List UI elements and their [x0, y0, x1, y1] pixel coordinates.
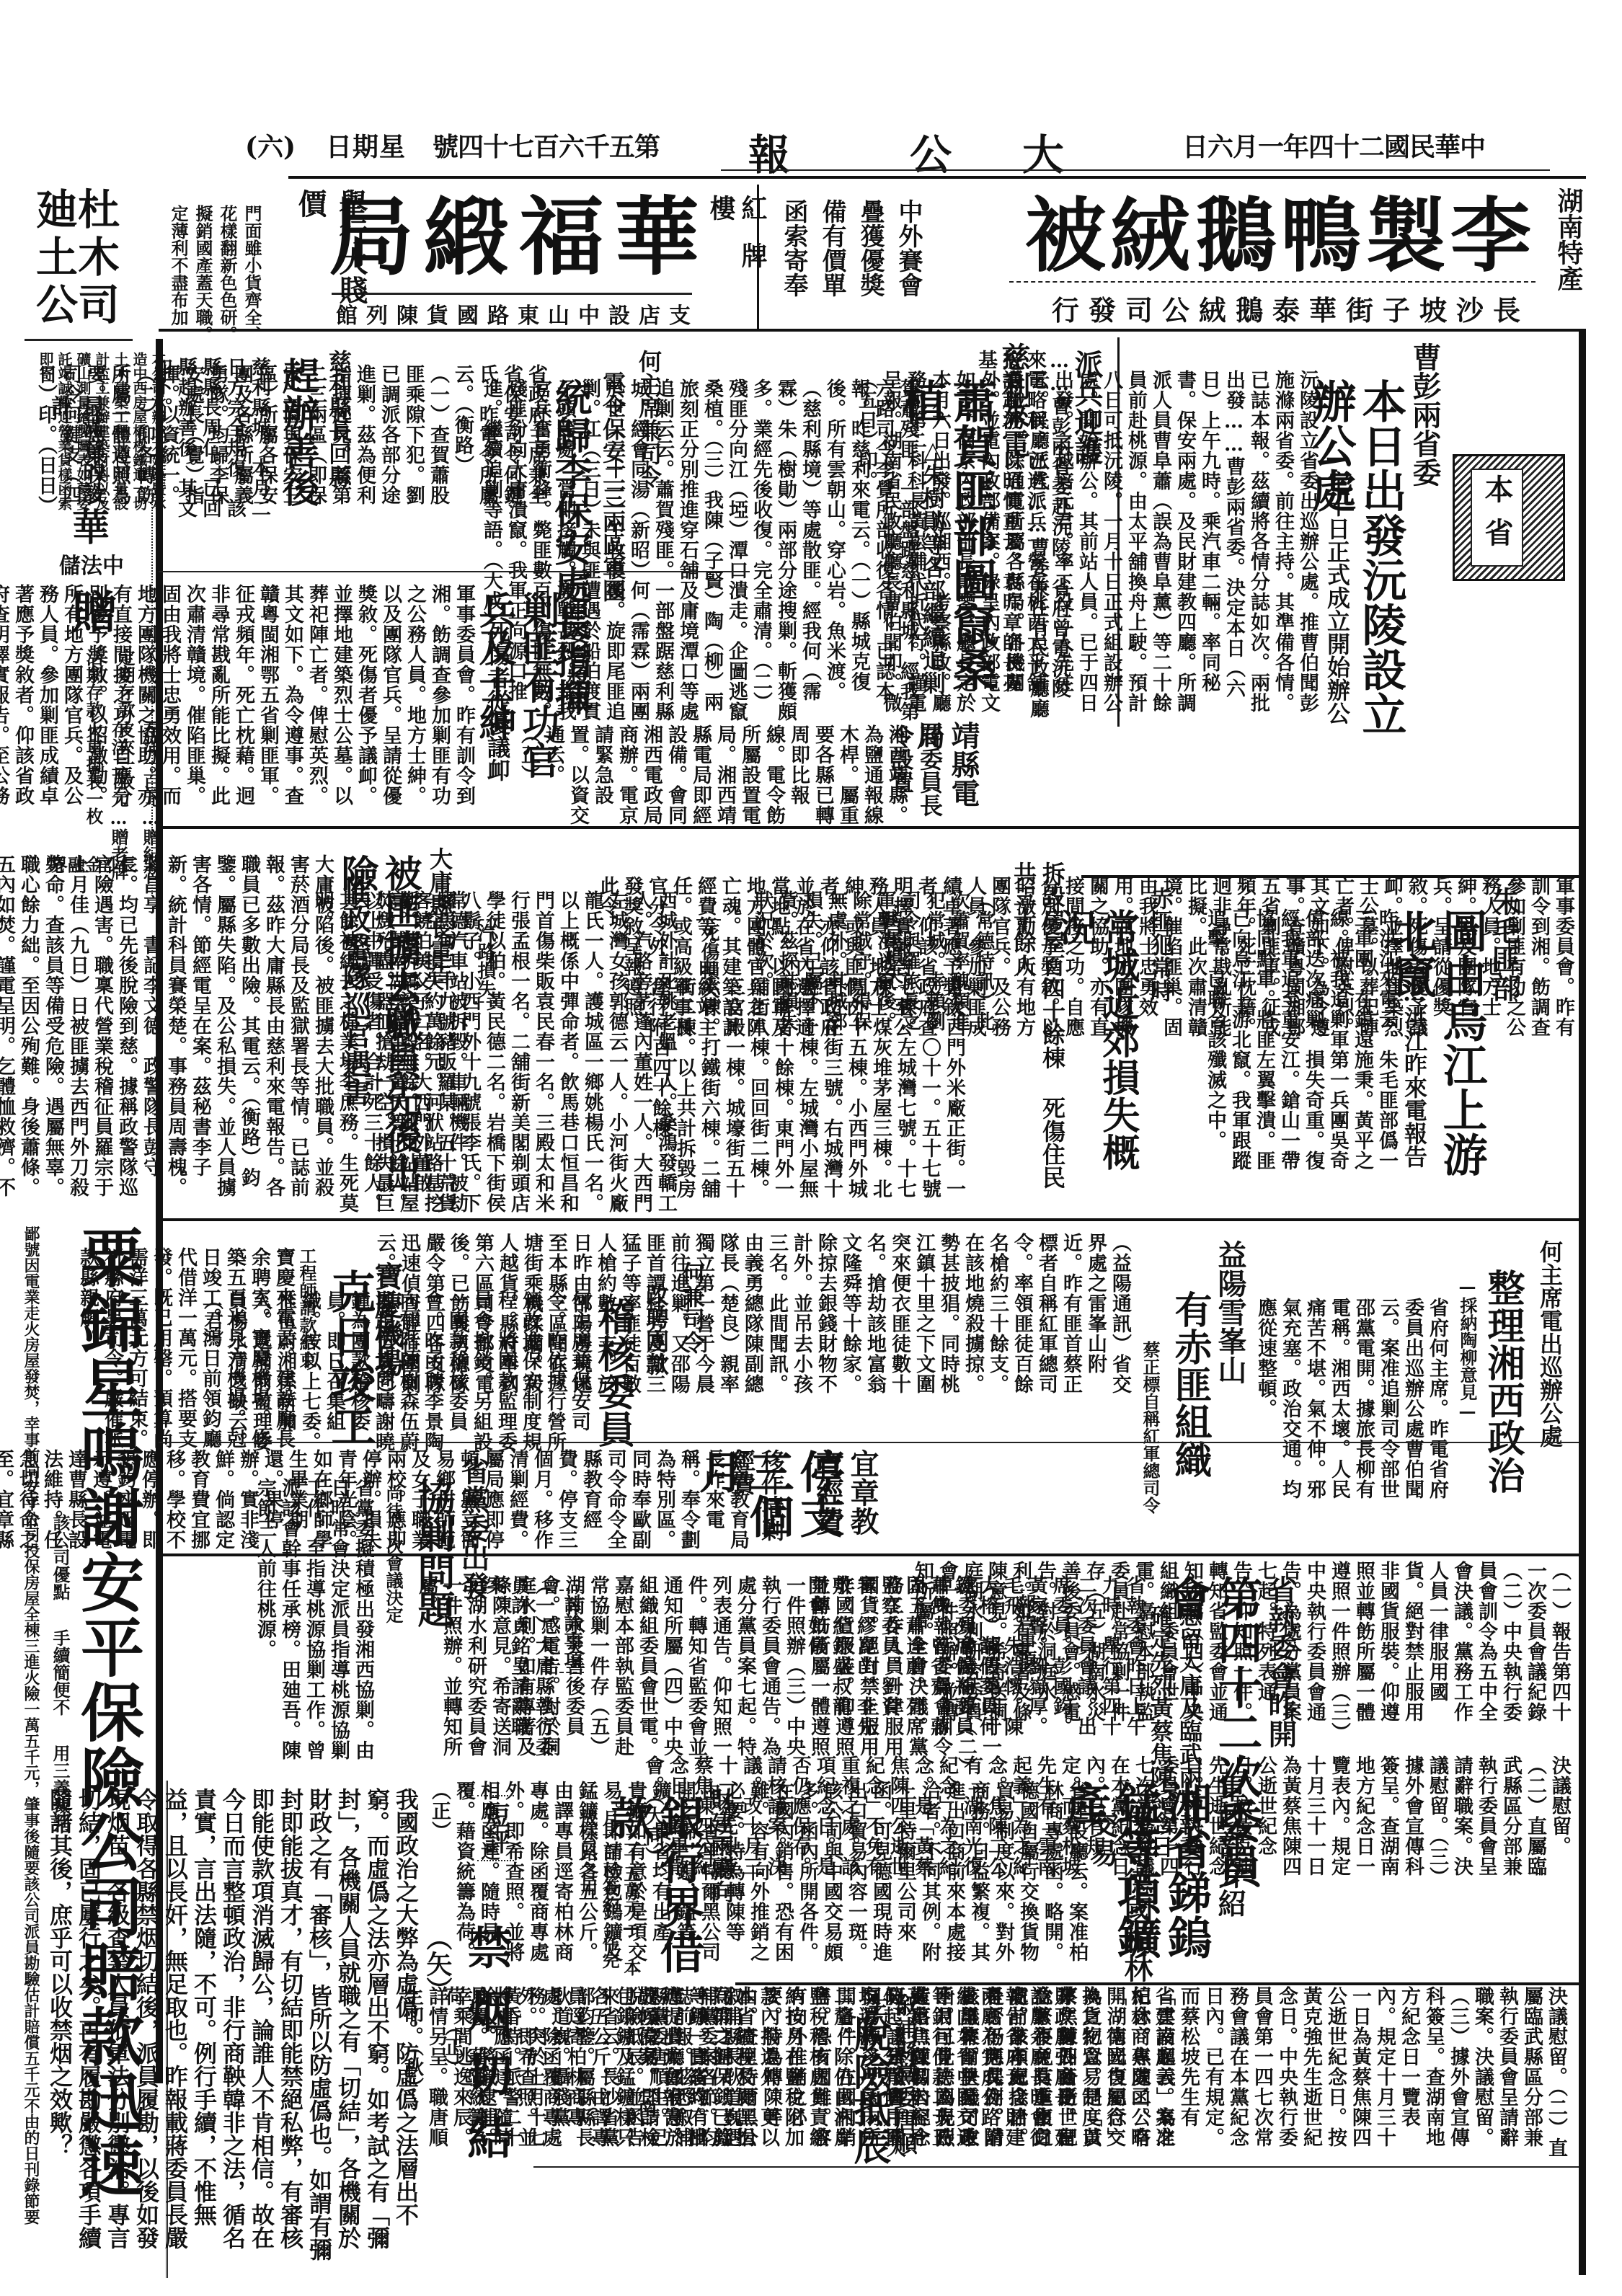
bank-gift-subtitle: 中法儲: [59, 548, 124, 580]
article-subhead: △朱樹勛等各部繼續追剿: [918, 436, 947, 694]
article-report-cont: （一）報告第四十一次委員會議紀錄（二）中央執行委員會訓令為五中全會決議。黨務工作…: [598, 1575, 1002, 1770]
article-headline: 趕辦善後: [275, 357, 319, 507]
article-kicker: 慈利縣長回縣: [324, 350, 353, 488]
article-subhead: —二十五萬元— 本月一日已簽約 作完成公路之用: [548, 1809, 642, 1982]
article-body: 我國政治之大弊為虛僞。防虛僞之法層出不窮。而虛僞之法亦層出不窮。如考試之有「彌封…: [175, 1788, 420, 2264]
ad-construction-brand: 廸杜土木公司: [36, 186, 151, 329]
sub-tag-casualty: 死傷損失: [696, 919, 721, 1003]
issue-number: 第五千六百七十四號: [433, 127, 660, 164]
insurance-sub-1: 該公司優點: [48, 1514, 73, 1600]
article-headline: 克日竣工: [324, 1269, 375, 1448]
sub-tag-discussion: 討論事項: [559, 1590, 584, 1673]
article-body: 省黨委擬積極出發湘西協剿。由日昨常會決定派員指導桃源協剿工作。至指導桃源協剿工作…: [166, 1478, 375, 1766]
ad-silk-sale-title: 舉行大賤價: [290, 189, 372, 327]
article-body: 慈利縣城。本月二日方完全規復。該縣縣長周仁。已回縣趕辦善後。其文如下。: [163, 357, 271, 530]
issue-date: 中華民國二十四年一月六日: [1182, 127, 1485, 164]
insurance-headline: 粟錦星鳴謝安平保險公司賠款迅速: [72, 1225, 144, 2199]
article-kicker: 益陽雪峯山: [1213, 1240, 1247, 1384]
article-body: （益陽通訊）省交界處之雷峯山附近。昨有匪首蔡正標者自稱紅軍總司令。率領匪徒百餘名…: [779, 1233, 1132, 1399]
article-body: 寶慶來電云。建設廳長余聘室。寶慶機場。修築五百米見方機場。尅日竣工。鴻日前領鈞廳…: [166, 1247, 296, 1449]
article-baoqing-airfield: 寶慶機場 克日竣工 工程師請款結束 寶慶來電云。建設廳長余聘室。寶慶機場。修築五…: [166, 1225, 404, 1456]
article-body: 何主席兼保安司令。昨依據行營所頒改進保安制度規程。將團款監理委員會撤銷。另組設一…: [404, 1290, 591, 1456]
article-xupu-body: 溆浦縣長耿道巍遇捕黨委案各節。均誌前報。茲悉溆浦縣黨委唐順生。已脫險抵辰。並函告…: [533, 1986, 743, 2159]
ad-bank-gift: 華 中法儲 贈 定期存款 活期存款 存洋一百元…贈紀念皮夾一枚 存洋二百元…贈老…: [29, 490, 153, 894]
article-cili-county: 慈利縣長回縣 趕辦善後 慈利縣城。本月二日方完全規復。該縣縣長周仁。已回縣趕辦善…: [166, 335, 360, 573]
article-subhead: —定十日正式成立開始辦公: [1323, 443, 1352, 724]
paper-title-char-2: 公: [910, 121, 952, 182]
article-military-intro-body: 省建設廳云。案准柏林商專處函。略開。德國自屬行交換貨物貿易制度以來。對外商務。日…: [743, 1781, 1089, 1975]
article-changde-loss: 拆毀房屋百四十餘棟 死傷住民共三十餘人 （常德特訊）此次蕭賀率醜類進犯常城。幸賴…: [764, 833, 1081, 1222]
article-body: 宜章教育局長昨來電稱。奉令劃為特別區。同時奉歐副司令命令全縣教育經費。停支三個月…: [505, 1449, 750, 1550]
article-xiaohe-sangzhi: 派兵迎護 ……曹彭兩省委赴沅陵。省府曾電沅陵來電略稱。已遴派兵一營在桃西太平舖接…: [757, 335, 1117, 724]
article-body: 大庸被陷後。被匪擄去大批職員。並殺害菸酒分局長及監獄署長等情。已誌前報。茲昨大庸…: [169, 854, 334, 1215]
ad-silk-brand: 華福緞局: [329, 192, 709, 282]
insurance-sub-3: 用三義裁判: [48, 1745, 73, 1831]
article-telegraph-bureau: 靖縣電局 蔣委員長令設置 湘西靖縣。為鹽通報線木桿。屬重要各縣已轉周即比報線。電…: [598, 724, 1103, 833]
weekday: 星期日: [326, 127, 406, 164]
bank-gift-type-1: 定期存款: [112, 649, 138, 718]
article-subhead: 改聘團款: [642, 1283, 670, 1375]
insurance-sub-2: 手續簡便不: [48, 1629, 73, 1716]
ad-quilt-slogan-2: 疊獲優獎: [853, 199, 888, 297]
sub-tag-road: 汽路損失: [473, 919, 497, 1003]
article-body: 省府何主席。昨電省府委員出巡辦公處曹伯聞云。案准追剿司令部世邵黨電開。據旅長柳有…: [1262, 1298, 1449, 1514]
article-kicker: 何兼司令: [678, 1262, 706, 1354]
sub-tag-report: 報告事項: [1014, 1590, 1038, 1673]
article-subhead: 電令保安二三兩區軍團: [598, 371, 627, 602]
article-bank-loan: 財建兩廳向 銀行界借款 —二十五萬元— 本月一日已簽約 作完成公路之用: [526, 1781, 743, 1990]
article-resolution: 決議慰留。（二）直屬臨武縣區分部兼執行委員會呈請辭職案。決議慰留。（三）據外會宣…: [1305, 1755, 1572, 1892]
section-tag-local: 本省: [1471, 469, 1523, 567]
ad-region-tag: 湖南特產: [1554, 187, 1583, 291]
article-military-intro: 軍政部介紹 湘省銻鎢錳等項鑛產 逕寄德國柏林交易: [1081, 1766, 1269, 1982]
ad-sale-line-3: 擬銷國產蓋天職。: [190, 205, 216, 343]
bank-gift-title: 華: [72, 497, 110, 551]
section-body-casualty: 西城外計死姚老媼一人。桑鴻發轎工人。汽路旁茅蓬內董姓一人。大西門左城灣女孩郭德云…: [519, 890, 678, 1215]
article-subhead: 拆毀房屋百四十餘棟 死傷住民共三十餘人: [1009, 861, 1067, 1207]
article-headline: 脫險抵辰: [847, 2015, 890, 2165]
column-type-badge: 短評: [477, 1795, 514, 1861]
paper-title-char-3: 報: [748, 121, 790, 182]
article-kicker: 何主席兼司令: [634, 350, 663, 488]
article-military-award-tail: 軍事委員會。昨有訓令到湘。飭調查參加剿匪有功之公務人員。地方士紳。以及團隊官兵。…: [1442, 876, 1575, 1042]
article-he-chairman-xiangxi: 何主席電出巡辦公處 整理湘西政治 —採納陶柳意見— 省府何主席。昨電省府委員出巡…: [1269, 1225, 1579, 1528]
ad-silk-shop: 紅牌樓 華福緞局 支店設中山東路國貨陳列館 舉行大賤價: [288, 179, 757, 327]
ad-quilt-slogan-3: 備有價單: [815, 199, 850, 297]
paper-title-char-1: 大: [1022, 121, 1064, 182]
article-discussion: （一）大庸縣執行委員許貞銘呈請辭職案。: [519, 1575, 555, 1770]
ad-insurance: 粟錦星鳴謝安平保險公司賠款迅速 該公司優點 手續簡便不 用三義裁判 鄙號因電業走…: [22, 1225, 159, 2278]
ad-down-quilt: 湖南特產 李製鴨鵝絨被 長沙坡子街華泰鵝絨公司發行 中外賽會 疊獲優獎 備有價單…: [757, 179, 1586, 327]
bank-gift-footer: 長沙金融界: [50, 851, 137, 876]
ad-silk-mark: 紅牌樓: [705, 195, 768, 327]
ad-sale-line-4: 定薄利不盡布加: [166, 205, 191, 326]
article-kicker: 何主席電出巡辦公處: [1535, 1240, 1564, 1448]
article-headline: 整理湘西政治: [1481, 1269, 1524, 1494]
article-headline: 有赤匪組織: [1168, 1290, 1211, 1478]
page-number: (六): [245, 127, 296, 164]
bank-loan-body: 財政廳張廳長。建設廳余廳長昨會銜報告省府云。財建兩廳為完成公路。續向本省中國交通…: [923, 1986, 1074, 2159]
article-subhead: 蔡正標自稱紅軍總司令: [1139, 1341, 1161, 1514]
ad-quilt-slogan-1: 中外賽會: [891, 199, 926, 297]
article-exec-committee-tail: 決議慰留。（二）直屬臨武縣區分部兼執行委員會呈請辭職案。決議慰留。（三）據外會宣…: [1179, 1986, 1568, 2159]
article-dayong-county: 大庸縣長電告 被匪擄去職員先後出險 惟政警隊巡官遇害 大庸被陷後。被匪擄去大批職…: [166, 833, 461, 1222]
sub-section-title: 派兵迎護: [1066, 350, 1107, 465]
article-xupu-party: 財政廳張廳長。建設廳余廳長昨會銜報告省府云。財建兩廳為完成公路。續向本省中國交通…: [743, 1986, 1074, 2166]
ad-sale-line-1: 門面雖小貨齊全、: [239, 205, 265, 343]
article-kicker: 軍委會獎敘: [562, 598, 591, 714]
article-subhead: 死傷者從優議卹: [483, 620, 512, 781]
sub-tag-housing: 房屋損失: [880, 905, 905, 988]
article-military-intro-tail: 省建設廳云。案准柏林商專處函。略開。德國自屬行交換貨物貿易制度以來。對外商務。日…: [1081, 1986, 1175, 2159]
article-subhead: —採納陶柳意見—: [1456, 1276, 1478, 1422]
article-audit-committee: 何兼司令 改聘團款 稽核委員 何主席兼保安司令。昨依據行營所頒改進保安制度規程。…: [404, 1254, 779, 1471]
article-kicker: 曹彭兩省委: [1407, 342, 1442, 487]
article-yizhang-education: 宜章教育經費 停支三個月 移作清剿經費 宜章教育局長昨來電稱。奉令劃為特別區。同…: [505, 1449, 894, 1550]
article-exec-committee-report: 報告事項 （一）報告第四十一次委員會議紀錄（二）中央執行委員會訓令為五中全會決議…: [519, 1561, 1081, 1777]
article-kicker: 軍政部介紹: [1213, 1773, 1247, 1918]
article-kicker: 慈利來電: [996, 342, 1031, 458]
article-report: （一）報告第四十一次委員會議紀錄（二）中央執行委員會訓令為五中全會決議。黨務工作…: [1305, 1561, 1572, 1734]
article-subhead: 工程師請款結束: [296, 1247, 317, 1368]
bank-gift-headline: 贈: [72, 577, 117, 641]
article-subhead: 惟政警隊巡官遇害: [337, 876, 372, 1107]
article-cao-peng-yuanling: 曹彭兩省委 本日出發沅陵設立辦公處 —定十日正式成立開始辦公 沅陵設立省委出巡辦…: [1125, 335, 1442, 739]
ad-sale-line-2: 花樣翻新色色研。: [215, 205, 240, 343]
section-body-housing: 計大西門外米廠正街。一〇二。〇十一。五十七號七棟。左城灣七號。十七棟。煤灰堆茅屋…: [757, 977, 966, 1215]
ad-quilt-address: 長沙坡子街華泰鵝絨公司發行: [1052, 288, 1530, 328]
article-headline: 本日出發沅陵設立辦公處: [1305, 378, 1406, 739]
ad-quilt-brand: 李製鴨鵝絨被: [1025, 193, 1535, 280]
bank-gift-type-2: 活期存款: [81, 649, 106, 718]
insurance-body: 鄙號因電業走火房屋發焚，幸事前向安平公司投保房屋全棟三進火險一萬五千元，肇事後隨…: [22, 1225, 40, 2235]
article-body: 湘西靖縣。為鹽通報線木桿。屬重要各縣已轉周即比報線。電令飭所屬設置電局。湘西靖縣…: [598, 724, 908, 825]
article-subhead: 逕寄德國柏林交易: [1084, 1809, 1153, 1982]
ad-silk-branch: 支店設中山東路國貨陳列館: [336, 298, 699, 329]
article-kicker: 大庸縣長電告: [425, 847, 454, 985]
ad-quilt-slogan-4: 函索寄奉: [776, 199, 812, 297]
article-kicker: 財建兩廳向: [706, 1788, 735, 1903]
article-headline: 稽核委員: [591, 1298, 634, 1448]
